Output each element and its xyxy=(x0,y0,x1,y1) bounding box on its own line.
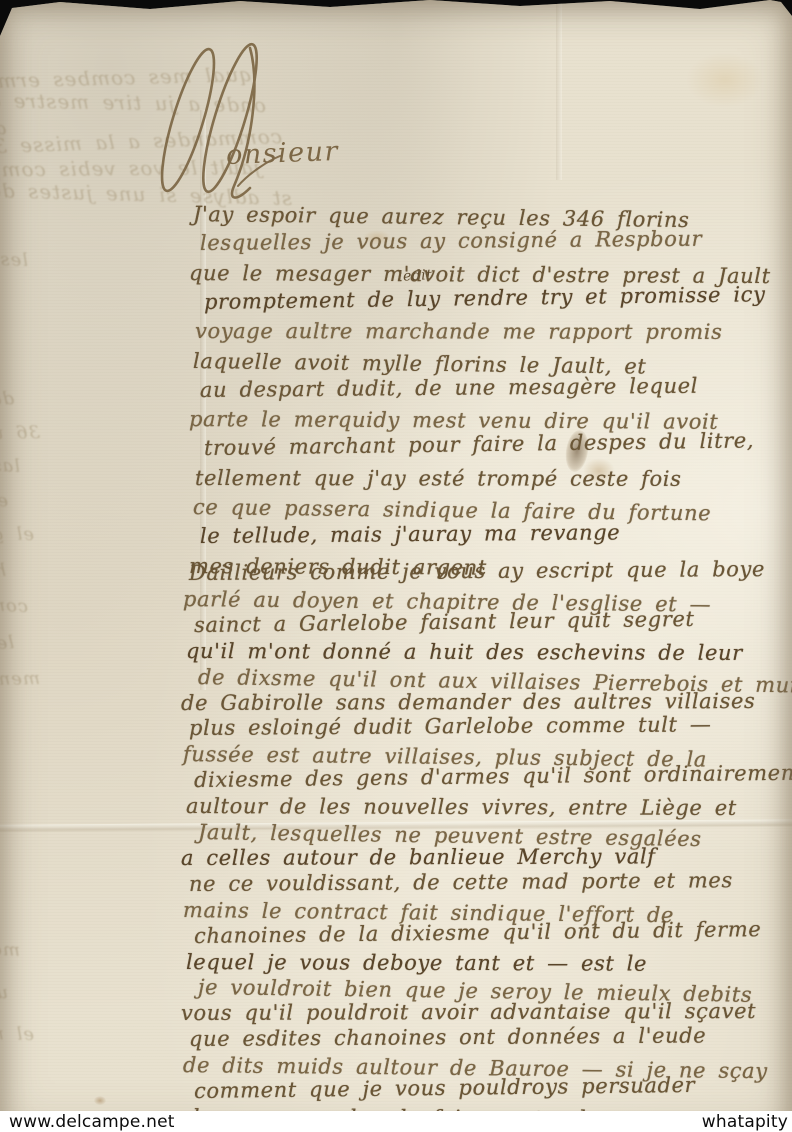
flourished-letter-m xyxy=(146,36,306,204)
edge-discoloration-stain xyxy=(686,52,764,108)
horizontal-fold-crease xyxy=(0,819,792,833)
manuscript-line: ce que passera sindique la faire du fort… xyxy=(193,495,712,525)
manuscript-line: vous qu'il pouldroit avoir advantaise qu… xyxy=(181,999,756,1025)
foxing-stain xyxy=(363,230,391,245)
manuscript-line: J'ay espoir que aurez reçu les 346 flori… xyxy=(193,202,690,232)
bleedthrough-fragment: el rostel xyxy=(0,1022,34,1045)
bleedthrough-fragment: men al de f xyxy=(0,668,40,691)
paper-edge-shading xyxy=(0,0,792,1132)
bleedthrough-fragment: comsi mi de xyxy=(0,591,28,617)
manuscript-line: je vouldroit bien que je seroy le mieulx… xyxy=(198,975,753,1007)
bleedthrough-fragment: et plub denis xyxy=(0,490,8,517)
manuscript-line: aultour de les nouvelles vivres, entre L… xyxy=(186,794,737,820)
manuscript-line: Jault, lesquelles ne peuvent estre esgal… xyxy=(198,820,702,851)
manuscript-line: fussée est autre villaises, plus subject… xyxy=(183,742,707,771)
vertical-fold-crease xyxy=(556,0,562,180)
manuscript-line: a celles autour de banlieue Merchy valf xyxy=(181,844,656,870)
manuscript-line: que esdites chanoines ont données a l'eu… xyxy=(189,1024,706,1052)
foxing-stain xyxy=(94,1096,106,1105)
bleedthrough-fragment: mes vesti ms xyxy=(0,933,21,961)
manuscript-line: qu'il m'ont donné a huit des eschevins d… xyxy=(186,639,743,665)
manuscript-line: trouvé marchant pour faire la despes du … xyxy=(204,429,754,461)
manuscript-line: comment que je vous pouldroys persuader xyxy=(194,1073,696,1103)
bleedthrough-fragment: 36 usoij ll xyxy=(0,422,40,445)
manuscript-line: parlé au doyen et chapitre de l'esglise … xyxy=(183,587,711,617)
manuscript-line: tellement que j'ay esté trompé ceste foi… xyxy=(195,466,682,491)
bleedthrough-fragment: lassiaguil xyxy=(0,451,21,477)
manuscript-line: parte le merquidy mest venu dire qu'il a… xyxy=(189,407,719,434)
manuscript-line: chanoines de la dixiesme qu'il ont du di… xyxy=(194,917,762,948)
bleedthrough-fragment: les 4 cuiares xyxy=(0,245,28,271)
manuscript-line: mes deniers dudit argent xyxy=(189,554,487,580)
watermark-site-text: www.delcampe.net xyxy=(9,1112,175,1132)
bleedthrough-fragment: les legs xyxy=(0,632,15,657)
manuscript-line: laquelle avoit mylle florins le Jault, e… xyxy=(193,349,647,379)
interlinear-word: ledit xyxy=(398,267,433,285)
bleedthrough-fragment: df vas mils xyxy=(0,118,6,143)
manuscript-line: promptement de luy rendre try et promiss… xyxy=(204,282,766,314)
manuscript-line: au despart dudit, de une mesagère lequel xyxy=(200,373,698,401)
manuscript-line: de dixsme qu'il ont aux villaises Pierre… xyxy=(198,665,792,698)
bleedthrough-fragment: ut sa bine xyxy=(0,982,8,1008)
manuscript-line: sainct a Garlelobe faisant leur quit seg… xyxy=(194,607,695,637)
salutation-word: onsieur xyxy=(225,136,339,171)
manuscript-line: dixiesme des gens d'armes qu'il sont ord… xyxy=(194,761,792,792)
bleedthrough-fragment: hoil et f xyxy=(0,560,6,584)
manuscript-paper-sheet: qual mes combes ermo longteil par bien d… xyxy=(0,0,792,1132)
manuscript-line: le tellude, mais j'auray ma revange xyxy=(200,521,620,549)
manuscript-line: de dits muids aultour de Bauroe — si je … xyxy=(183,1053,768,1083)
manuscript-line: plus esloingé dudit Garlelobe comme tult… xyxy=(189,713,712,741)
manuscript-line: ne ce vouldissant, de cette mad porte et… xyxy=(189,868,733,896)
manuscript-line: Daillieurs comme je vous ay escript que … xyxy=(189,557,765,585)
bleedthrough-fragment: de sa 346 mes xyxy=(0,388,15,417)
ink-blot-stain xyxy=(563,429,591,474)
manuscript-line: de Gabirolle sans demander des aultres v… xyxy=(181,688,755,714)
watermark-band: www.delcampe.net whatapity xyxy=(0,1111,792,1132)
manuscript-line: que le mesager m'avoit dict d'estre pres… xyxy=(189,261,771,288)
manuscript-line: mains le contract fait sindique l'effort… xyxy=(183,898,674,927)
bleedthrough-fragment: el glanb luis xyxy=(0,522,34,545)
manuscript-line: lesquelles je vous ay consigné a Respbou… xyxy=(200,227,702,255)
watermark-seller-text: whatapity xyxy=(702,1112,788,1132)
manuscript-line: lequel je vous deboye tant et — est le xyxy=(186,950,647,976)
manuscript-line: voyage aultre marchande me rapport promi… xyxy=(195,319,723,344)
ink-smudge-stain xyxy=(583,458,615,484)
